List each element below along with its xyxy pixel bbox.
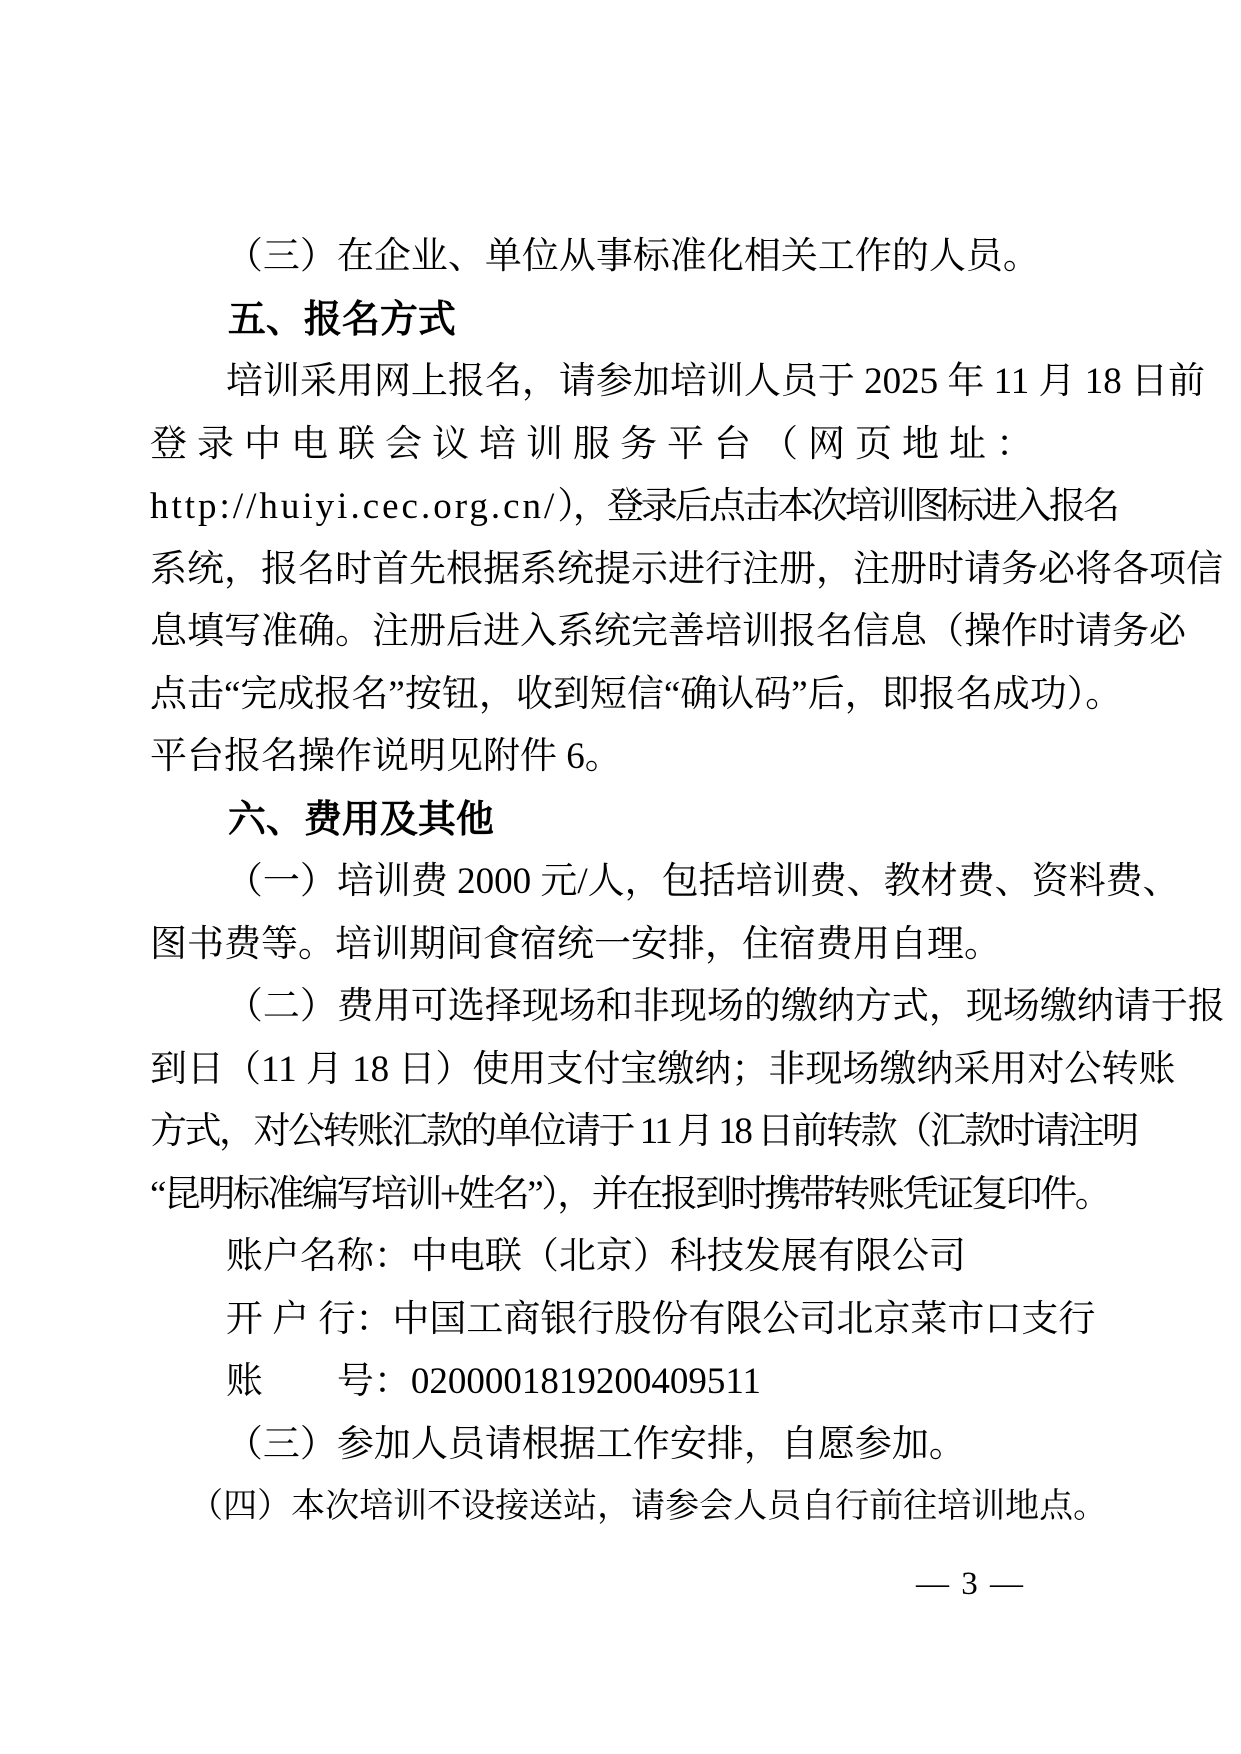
item-personnel-enterprise: （三）在企业、单位从事标准化相关工作的人员。 (150, 226, 1090, 289)
registration-para-line-1: 培训采用网上报名，请参加培训人员于 2025 年 11 月 18 日前 (150, 351, 1090, 414)
registration-url-line-rest: ），登录后点击本次培训图标进入报名 (557, 486, 1117, 527)
registration-para-url-line: http://huiyi.cec.org.cn/），登录后点击本次培训图标进入报… (150, 476, 1090, 539)
fee-item-2-line-3: 方式，对公转账汇款的单位请于 11 月 18 日前转款（汇款时请注明 (150, 1101, 1090, 1164)
fee-item-2-line-1: （二）费用可选择现场和非现场的缴纳方式，现场缴纳请于报 (150, 976, 1090, 1039)
registration-para-line-4: 系统，报名时首先根据系统提示进行注册，注册时请务必将各项信 (150, 539, 1090, 602)
account-number-line: 账 号：0200001819200409511 (150, 1351, 1090, 1414)
account-name-line: 账户名称：中电联（北京）科技发展有限公司 (150, 1226, 1090, 1289)
section-6-heading: 六、费用及其他 (150, 789, 1090, 852)
registration-para-line-2: 登录中电联会议培训服务平台（网页地址： (150, 414, 1090, 477)
document-body: （三）在企业、单位从事标准化相关工作的人员。 五、报名方式 培训采用网上报名，请… (150, 226, 1090, 1539)
bank-name-line: 开 户 行：中国工商银行股份有限公司北京菜市口支行 (150, 1289, 1090, 1352)
scanned-document-page: （三）在企业、单位从事标准化相关工作的人员。 五、报名方式 培训采用网上报名，请… (0, 0, 1241, 1754)
fee-item-3-line: （三）参加人员请根据工作安排，自愿参加。 (150, 1414, 1090, 1477)
registration-para-line-6: 点击“完成报名”按钮，收到短信“确认码”后，即报名成功）。 (150, 664, 1090, 727)
registration-url: http://huiyi.cec.org.cn/ (150, 486, 557, 527)
fee-item-1-line-1: （一）培训费 2000 元/人，包括培训费、教材费、资料费、 (150, 851, 1090, 914)
page-number: — 3 — (916, 1566, 1025, 1603)
registration-para-line-5: 息填写准确。注册后进入系统完善培训报名信息（操作时请务必 (150, 601, 1090, 664)
fee-item-2-line-2: 到日（11 月 18 日）使用支付宝缴纳；非现场缴纳采用对公转账 (150, 1039, 1090, 1102)
fee-item-1-line-2: 图书费等。培训期间食宿统一安排，住宿费用自理。 (150, 914, 1090, 977)
section-5-heading: 五、报名方式 (150, 289, 1090, 352)
fee-item-4-line: （四）本次培训不设接送站，请参会人员自行前往培训地点。 (150, 1476, 1090, 1539)
registration-para-line-7: 平台报名操作说明见附件 6。 (150, 726, 1090, 789)
fee-item-2-line-4: “昆明标准编写培训+姓名”），并在报到时携带转账凭证复印件。 (150, 1164, 1090, 1227)
